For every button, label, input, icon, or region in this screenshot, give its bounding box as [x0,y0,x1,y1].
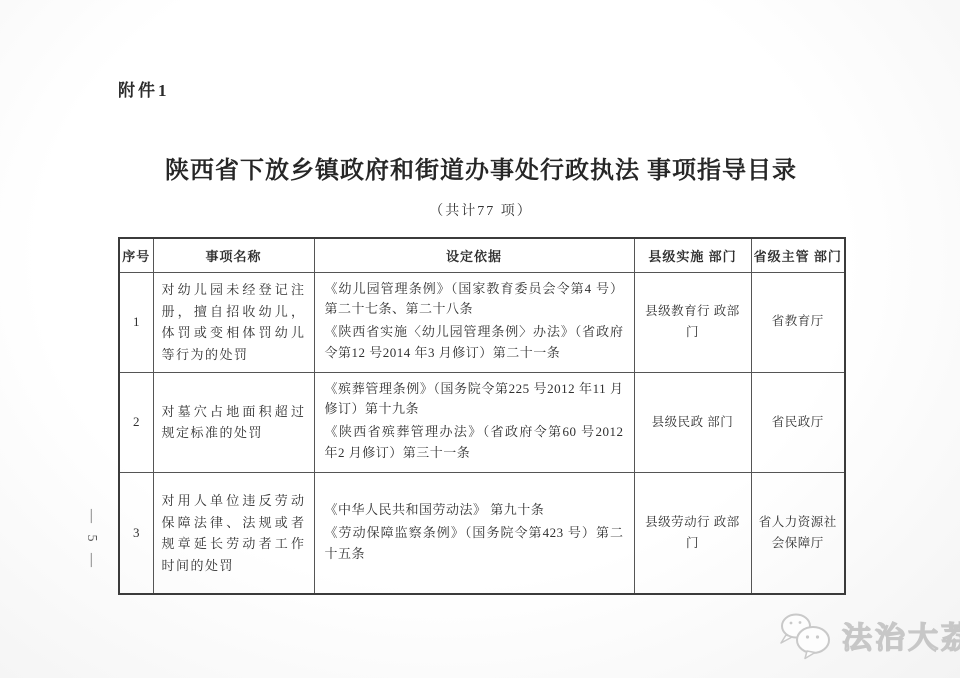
table-header-row: 序号 事项名称 设定依据 县级实施 部门 省级主管 部门 [119,238,845,272]
table-row: 1 对幼儿园未经登记注册，擅自招收幼儿，体罚或变相体罚幼儿等行为的处罚 《幼儿园… [119,272,845,372]
row-serial-number: 1 [119,272,153,372]
row-legal-basis: 《殡葬管理条例》（国务院令第225 号2012 年11 月修订）第十九条 《陕西… [314,372,634,472]
row-item-name: 对用人单位违反劳动保障法律、法规或者规章延长劳动者工作时间的处罚 [153,472,314,594]
header-province-dept: 省级主管 部门 [751,238,845,272]
watermark-text: 法治大荔 [842,613,960,657]
legal-basis-paragraph: 《劳动保障监察条例》（国务院令第423 号）第二十五条 [325,523,624,565]
row-legal-basis: 《中华人民共和国劳动法》 第九十条 《劳动保障监察条例》（国务院令第423 号）… [314,472,634,594]
row-county-dept: 县级民政 部门 [634,372,751,472]
scanned-document-page: 附件1 陕西省下放乡镇政府和街道办事处行政执法 事项指导目录 （共计77 项） … [0,0,960,678]
legal-basis-paragraph: 《陕西省殡葬管理办法》（省政府令第60 号2012 年2 月修订）第三十一条 [325,422,624,464]
page-number: — 5 — [56,505,126,575]
legal-basis-paragraph: 《幼儿园管理条例》（国家教育委员会令第4 号）第二十七条、第二十八条 [325,279,624,321]
row-item-name: 对幼儿园未经登记注册，擅自招收幼儿，体罚或变相体罚幼儿等行为的处罚 [153,272,314,372]
legal-basis-paragraph: 《陕西省实施〈幼儿园管理条例〉办法》（省政府令第12 号2014 年3 月修订）… [325,322,624,364]
directory-table: 序号 事项名称 设定依据 县级实施 部门 省级主管 部门 1 对幼儿园未经登记注… [118,237,846,595]
row-serial-number: 2 [119,372,153,472]
header-county-dept: 县级实施 部门 [634,238,751,272]
row-province-dept: 省人力资源社会保障厅 [751,472,845,594]
watermark: 法治大荔 [776,610,960,660]
document-title: 陕西省下放乡镇政府和街道办事处行政执法 事项指导目录 [118,150,844,185]
table-row: 3 对用人单位违反劳动保障法律、法规或者规章延长劳动者工作时间的处罚 《中华人民… [119,472,845,594]
row-county-dept: 县级教育行 政部门 [634,272,751,372]
wechat-icon [776,610,834,660]
row-legal-basis: 《幼儿园管理条例》（国家教育委员会令第4 号）第二十七条、第二十八条 《陕西省实… [314,272,634,372]
row-county-dept: 县级劳动行 政部门 [634,472,751,594]
legal-basis-paragraph: 《中华人民共和国劳动法》 第九十条 [325,500,624,521]
attachment-label: 附件1 [118,76,170,101]
table-row: 2 对墓穴占地面积超过规定标准的处罚 《殡葬管理条例》（国务院令第225 号20… [119,372,845,472]
legal-basis-paragraph: 《殡葬管理条例》（国务院令第225 号2012 年11 月修订）第十九条 [325,379,624,421]
row-item-name: 对墓穴占地面积超过规定标准的处罚 [153,372,314,472]
document-subtitle: （共计77 项） [118,200,844,220]
row-province-dept: 省教育厅 [751,272,845,372]
header-serial-number: 序号 [119,238,153,272]
row-province-dept: 省民政厅 [751,372,845,472]
header-item-name: 事项名称 [153,238,314,272]
header-legal-basis: 设定依据 [314,238,634,272]
